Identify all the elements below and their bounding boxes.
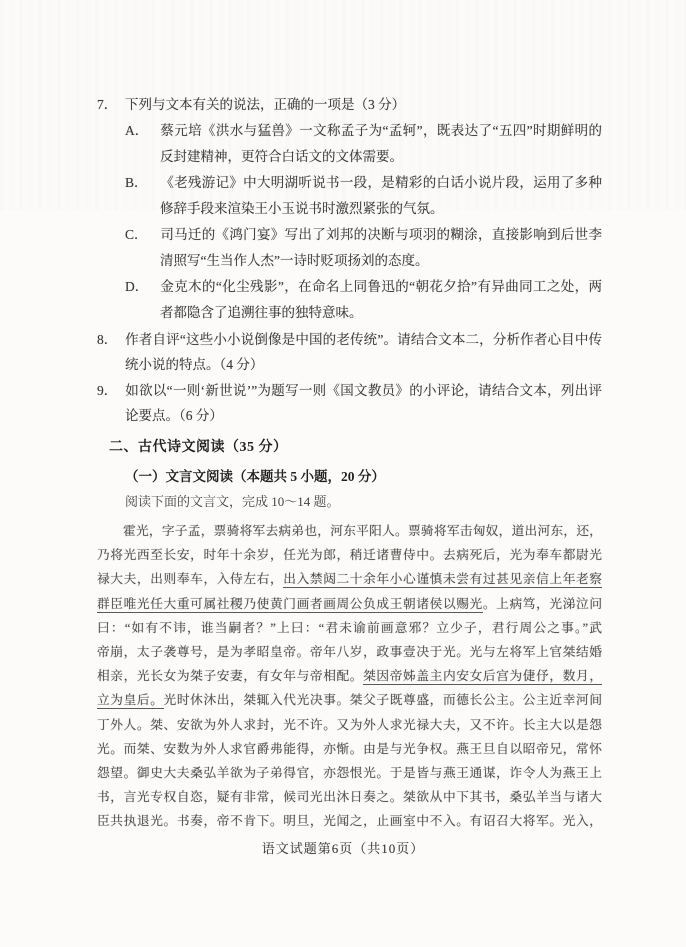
passage-text-segment: 曰：“如有不讳，谁当嗣者？”上曰：“君未谕前画意邪？立少子，君行周公之事。”武: [97, 621, 602, 635]
question-8-text: 作者自评“这些小小说倒像是中国的老传统”。请结合文本二，分析作者心目中传统小说的…: [125, 332, 602, 372]
option-b-label: B．: [125, 170, 160, 196]
passage-underlined-segment: 出入禁闼二十余年小心谨慎未尝有过甚见亲信上年老察: [283, 572, 602, 588]
passage-line: 乃将光西至长安，时年十余岁，任光为郎，稍迁诸曹侍中。去病死后，光为奉车都尉光: [97, 543, 602, 567]
question-8: 8．作者自评“这些小小说倒像是中国的老传统”。请结合文本二，分析作者心目中传统小…: [97, 327, 602, 377]
question-9: 9．如欲以“一则‘新世说’”为题写一则《国文教员》的小评论，请结合文本，列出评论…: [97, 378, 602, 428]
option-c-text: 司马迁的《鸿门宴》写出了刘邦的决断与项羽的糊涂，直接影响到后世李清照写“生当作人…: [160, 227, 602, 268]
passage-line: 臣共执退光。书奏，帝不肯下。明旦，光闻之，止画室中不入。有诏召大将军。光入，: [97, 809, 602, 833]
passage-text-segment: 霍光，字子孟，票骑将军去病弟也，河东平阳人。票骑将军击匈奴，道出河东，还，: [123, 524, 602, 538]
passage-text-segment: 光时休沐出，桀辄入代光决事。桀父子既尊盛，而德长公主。公主近幸河间: [164, 693, 602, 707]
passage-text-segment: 臣共执退光。书奏，帝不肯下。明旦，光闻之，止画室中不入。有诏召大将军。光入，: [97, 814, 602, 828]
question-7-number: 7．: [97, 92, 125, 118]
passage-line: 立为皇后。光时休沐出，桀辄入代光决事。桀父子既尊盛，而德长公主。公主近幸河间: [97, 688, 602, 712]
passage-line: 群臣唯光任大重可属社稷乃使黄门画者画周公负成王朝诸侯以赐光。上病笃，光涕泣问: [97, 592, 602, 616]
page-footer: 语文试题第6页（共10页）: [0, 838, 686, 857]
option-d-text: 金克木的“化尘残影”，在命名上同鲁迅的“朝花夕拾”有异曲同工之处，两者都隐含了追…: [160, 279, 602, 320]
passage-text-segment: 光。而桀、安数为外人求官爵弗能得，亦惭。由是与光争权。燕王旦自以昭帝兄，常怀: [97, 742, 602, 756]
passage-line: 怨望。御史大夫桑弘羊欲为子弟得官，亦怨恨光。于是皆与燕王通谋，诈令人为燕王上: [97, 761, 602, 785]
passage-line: 书，言光专权自恣，疑有非常，候司光出沐日奏之。桀欲从中下其书，桑弘羊当与诸大: [97, 785, 602, 809]
question-8-number: 8．: [97, 327, 125, 352]
passage-line: 丁外人。桀、安欲为外人求封，光不许。又为外人求光禄大夫，又不许。长主大以是怨: [97, 713, 602, 737]
passage-text-segment: 禄大夫，出则奉车，入侍左右，: [97, 572, 283, 586]
passage-line: 曰：“如有不讳，谁当嗣者？”上曰：“君未谕前画意邪？立少子，君行周公之事。”武: [97, 616, 602, 640]
section-heading: 二、古代诗文阅读（35 分）: [109, 435, 602, 461]
section-instruction: 阅读下面的文言文，完成 10～14 题。: [125, 489, 602, 514]
question-7-option-a: A．蔡元培《洪水与猛兽》一文称孟子为“孟轲”，既表达了“五四”时期鲜明的反封建精…: [125, 118, 602, 170]
option-a-text: 蔡元培《洪水与猛兽》一文称孟子为“孟轲”，既表达了“五四”时期鲜明的反封建精神，…: [160, 123, 602, 164]
passage-text-segment: 乃将光西至长安，时年十余岁，任光为郎，稍迁诸曹侍中。去病死后，光为奉车都尉光: [97, 548, 602, 562]
question-7-stem: 下列与文本有关的说法，正确的一项是（3 分）: [125, 97, 405, 112]
question-9-number: 9．: [97, 378, 125, 403]
question-7: 7．下列与文本有关的说法，正确的一项是（3 分）: [97, 92, 602, 118]
passage-underlined-segment: 桀因帝姊盖主内安女后宫为倢伃，数月，: [363, 669, 602, 685]
passage-text-segment: 。上病笃，光涕泣问: [483, 597, 602, 611]
passage-text-segment: 怨望。御史大夫桑弘羊欲为子弟得官，亦怨恨光。于是皆与燕王通谋，诈令人为燕王上: [97, 766, 602, 780]
passage-line: 帝崩，太子袭尊号，是为孝昭皇帝。帝年八岁，政事壹决于光。光与左将军上官桀结婚: [97, 640, 602, 664]
option-b-text: 《老残游记》中大明湖听说书一段，是精彩的白话小说片段，运用了多种修辞手段来渲染王…: [160, 175, 602, 216]
passage-text-segment: 相亲，光长女为桀子安妻，有女年与帝相配。: [97, 669, 363, 683]
question-9-text: 如欲以“一则‘新世说’”为题写一则《国文教员》的小评论，请结合文本，列出评论要点…: [125, 383, 602, 423]
passage-line: 禄大夫，出则奉车，入侍左右，出入禁闼二十余年小心谨慎未尝有过甚见亲信上年老察: [97, 567, 602, 591]
section-subheading: （一）文言文阅读（本题共 5 小题，20 分）: [125, 464, 602, 489]
passage-underlined-segment: 群臣唯光任大重可属社稷乃使黄门画者画周公负成王朝诸侯以赐光: [97, 597, 483, 613]
option-a-label: A．: [125, 118, 160, 144]
question-7-option-b: B．《老残游记》中大明湖听说书一段，是精彩的白话小说片段，运用了多种修辞手段来渲…: [125, 170, 602, 222]
passage-underlined-segment: 立为皇后。: [97, 693, 164, 709]
passage-text-segment: 书，言光专权自恣，疑有非常，候司光出沐日奏之。桀欲从中下其书，桑弘羊当与诸大: [97, 790, 602, 804]
option-c-label: C．: [125, 222, 160, 248]
question-7-option-d: D．金克木的“化尘残影”，在命名上同鲁迅的“朝花夕拾”有异曲同工之处，两者都隐含…: [125, 274, 602, 326]
option-d-label: D．: [125, 274, 160, 300]
passage-text-segment: 丁外人。桀、安欲为外人求封，光不许。又为外人求光禄大夫，又不许。长主大以是怨: [97, 718, 602, 732]
passage-line: 光。而桀、安数为外人求官爵弗能得，亦惭。由是与光争权。燕王旦自以昭帝兄，常怀: [97, 737, 602, 761]
question-7-option-c: C．司马迁的《鸿门宴》写出了刘邦的决断与项羽的糊涂，直接影响到后世李清照写“生当…: [125, 222, 602, 274]
exam-page: 7．下列与文本有关的说法，正确的一项是（3 分） A．蔡元培《洪水与猛兽》一文称…: [0, 0, 686, 947]
questions-area: 7．下列与文本有关的说法，正确的一项是（3 分） A．蔡元培《洪水与猛兽》一文称…: [97, 92, 602, 428]
passage-line: 相亲，光长女为桀子安妻，有女年与帝相配。桀因帝姊盖主内安女后宫为倢伃，数月，: [97, 664, 602, 688]
passage-line: 霍光，字子孟，票骑将军去病弟也，河东平阳人。票骑将军击匈奴，道出河东，还，: [97, 519, 602, 543]
passage-body: 霍光，字子孟，票骑将军去病弟也，河东平阳人。票骑将军击匈奴，道出河东，还，乃将光…: [97, 519, 602, 833]
page-content: 7．下列与文本有关的说法，正确的一项是（3 分） A．蔡元培《洪水与猛兽》一文称…: [97, 92, 602, 833]
passage-text-segment: 帝崩，太子袭尊号，是为孝昭皇帝。帝年八岁，政事壹决于光。光与左将军上官桀结婚: [97, 645, 602, 659]
